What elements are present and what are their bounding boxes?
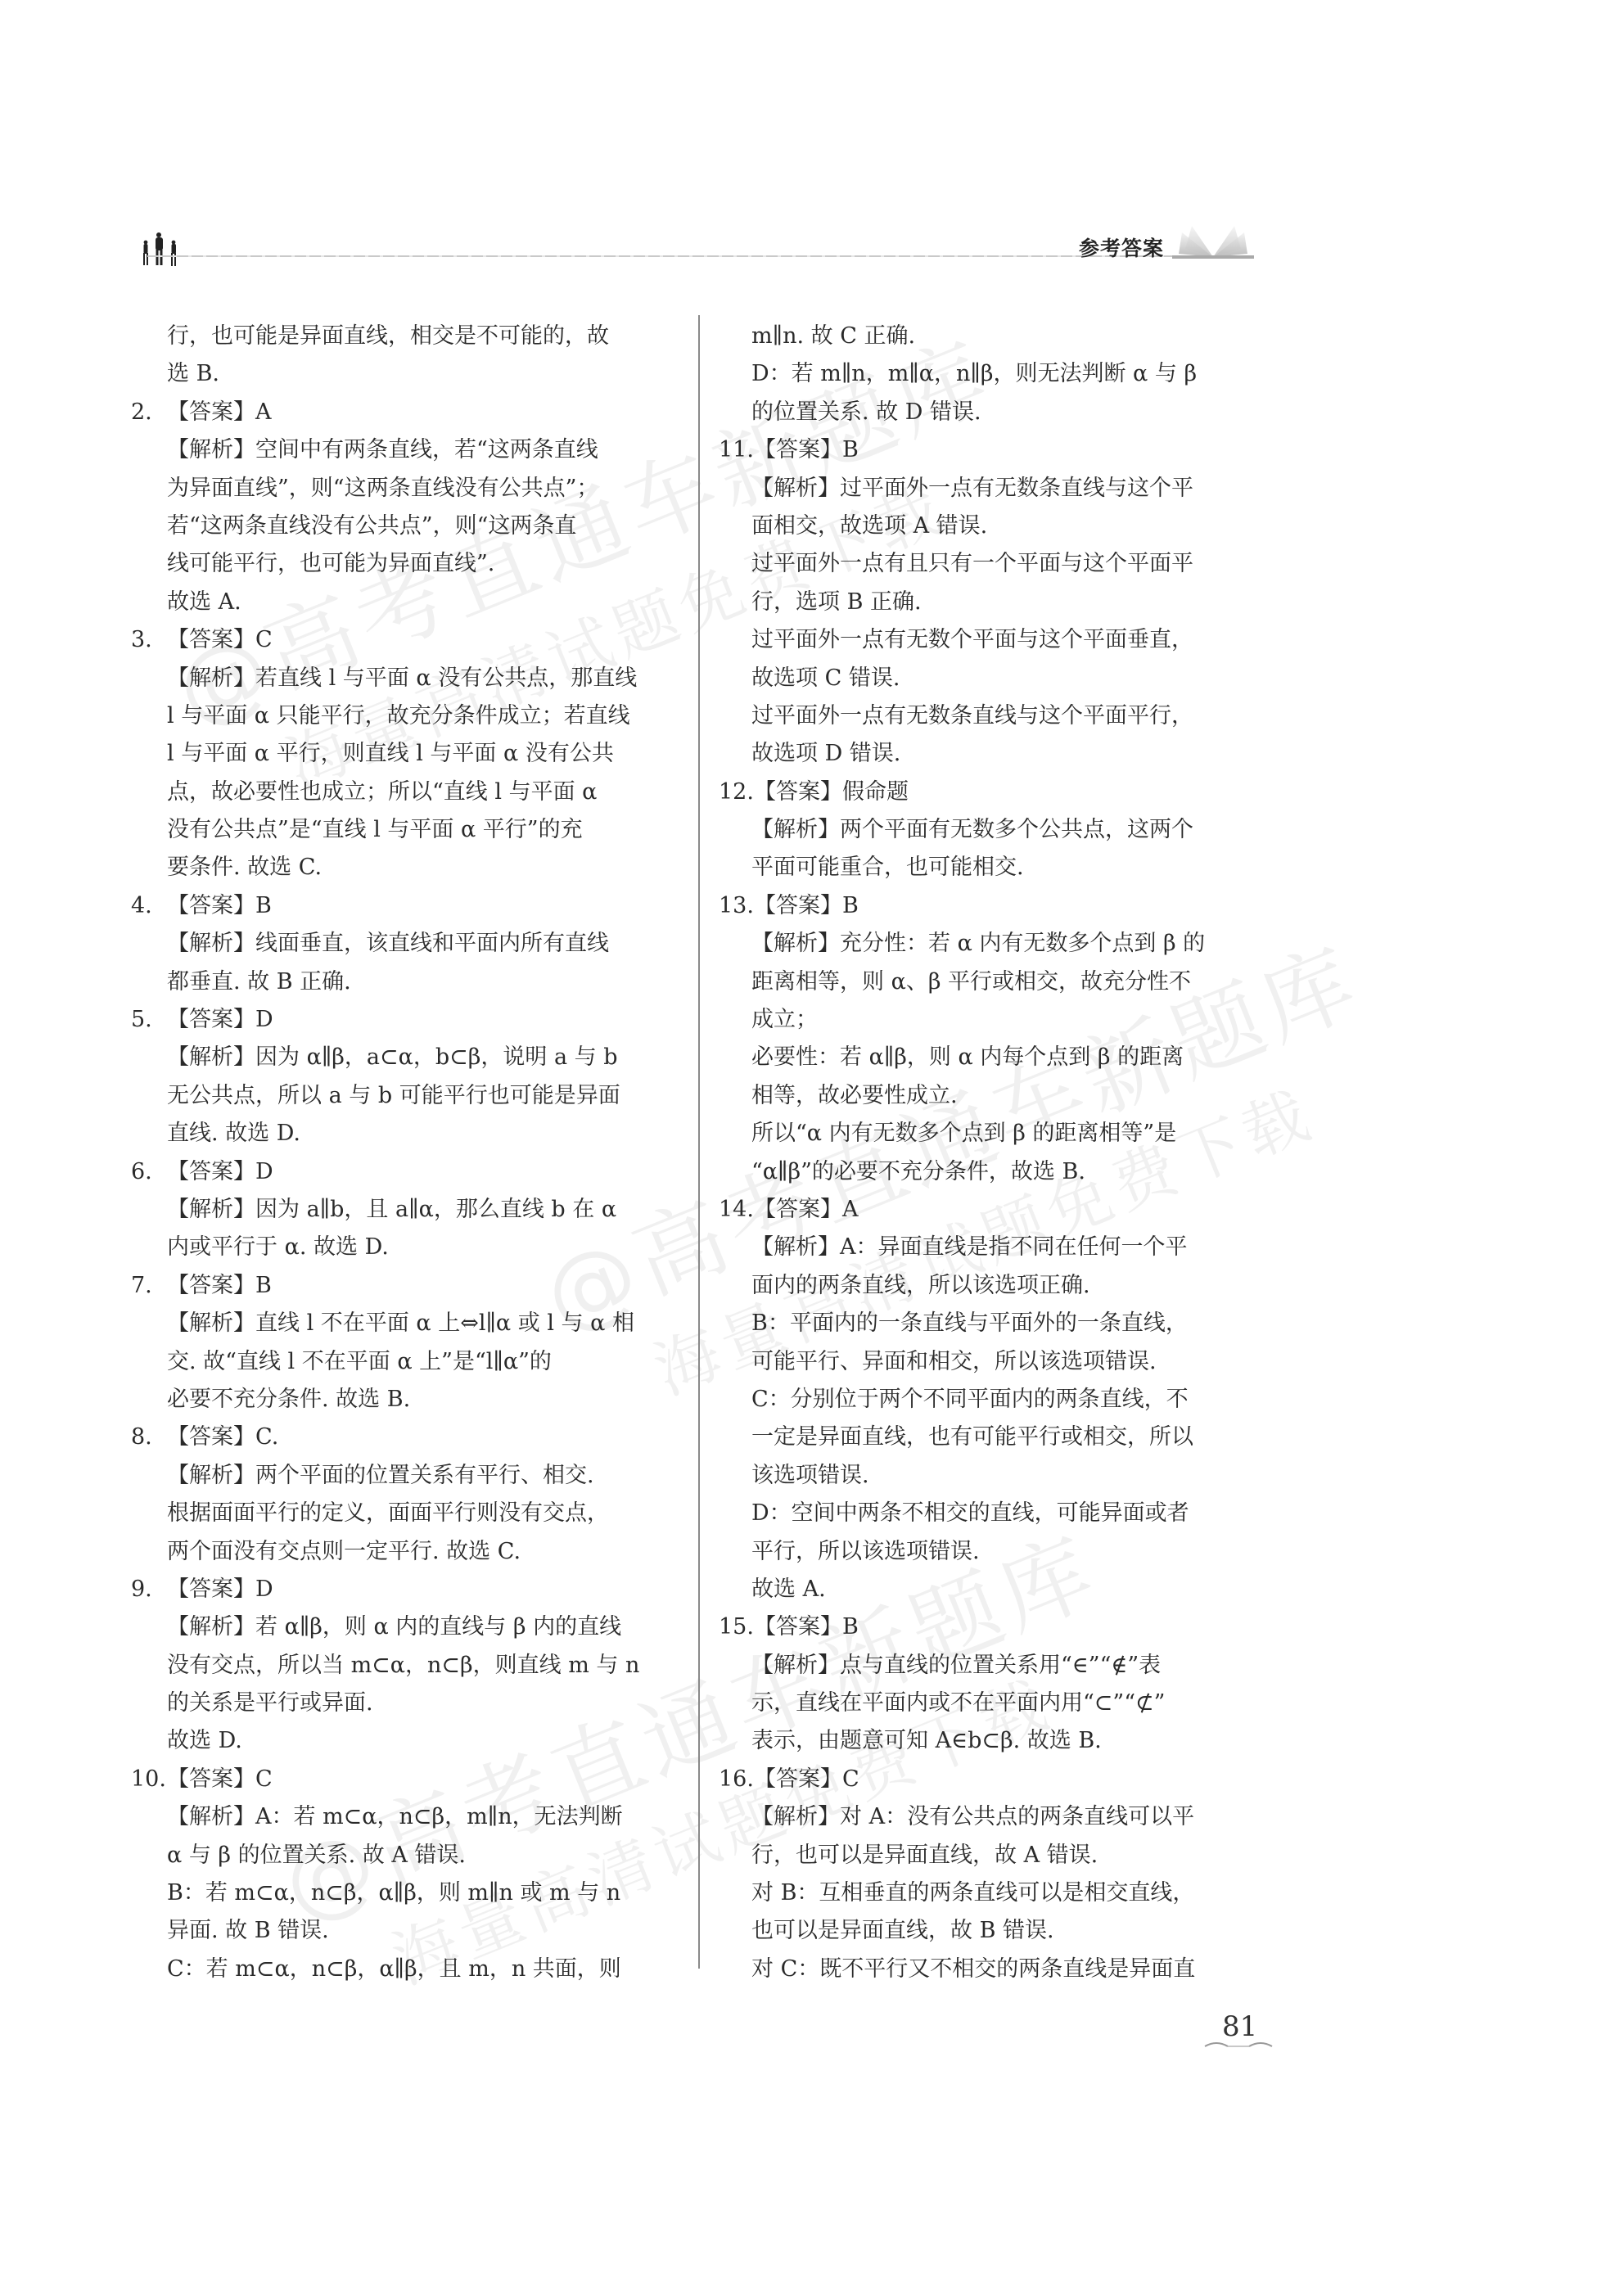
explanation-line: 平行，所以该选项错误. — [719, 1533, 1283, 1571]
question-number: 8. — [131, 1419, 167, 1456]
explanation-line: 的关系是平行或异面. — [131, 1685, 688, 1722]
explanation-line: 线可能平行，也可能为异面直线”. — [131, 545, 688, 583]
explanation-line: 都垂直. 故 B 正确. — [131, 963, 688, 1001]
answer-line: 13.【答案】B — [719, 887, 1283, 925]
answer-line: 12.【答案】假命题 — [719, 774, 1283, 811]
explanation-line: 交. 故“直线 l 不在平面 α 上”是“l∥α”的 — [131, 1343, 688, 1381]
explanation-line: 也可以是异面直线，故 B 错误. — [719, 1912, 1283, 1950]
explanation-line: 对 B：互相垂直的两条直线可以是相交直线， — [719, 1874, 1283, 1912]
answer-line: 16.【答案】C — [719, 1761, 1283, 1798]
answer-text: 【答案】B — [754, 1614, 859, 1640]
right-column: m∥n. 故 C 正确.D：若 m∥n，m∥α，n∥β，则无法判断 α 与 β的… — [719, 318, 1283, 1988]
explanation-line: 【解析】若直线 l 与平面 α 没有公共点，那直线 — [131, 660, 688, 697]
answer-line: 4.【答案】B — [131, 887, 688, 925]
explanation-line: 故选 A. — [131, 584, 688, 621]
question-number: 5. — [131, 1001, 167, 1039]
question-number: 4. — [131, 887, 167, 925]
explanation-line: 行，也可以是异面直线，故 A 错误. — [719, 1837, 1283, 1874]
answer-text: 【答案】C — [167, 1766, 273, 1792]
question-number: 11. — [719, 431, 754, 469]
answer-text: 【答案】B — [754, 437, 859, 462]
answer-line: 15.【答案】B — [719, 1608, 1283, 1646]
explanation-line: 平面可能重合，也可能相交. — [719, 849, 1283, 886]
section-title: 参考答案 — [1079, 232, 1164, 262]
question-number: 7. — [131, 1267, 167, 1305]
explanation-line: 表示，由题意可知 A∈b⊂β. 故选 B. — [719, 1722, 1283, 1760]
explanation-line: 相等，故必要性成立. — [719, 1077, 1283, 1115]
question-number: 6. — [131, 1153, 167, 1191]
explanation-line: 【解析】对 A：没有公共点的两条直线可以平 — [719, 1798, 1283, 1836]
explanation-line: 内或平行于 α. 故选 D. — [131, 1229, 688, 1266]
explanation-line: 没有公共点”是“直线 l 与平面 α 平行”的充 — [131, 811, 688, 849]
answer-text: 【答案】D — [167, 1159, 273, 1184]
answer-text: 【答案】A — [167, 399, 272, 425]
explanation-line: 【解析】A：异面直线是指不同在任何一个平 — [719, 1229, 1283, 1266]
explanation-line: 故选项 C 错误. — [719, 660, 1283, 697]
question-number: 2. — [131, 394, 167, 431]
explanation-line: 无公共点，所以 a 与 b 可能平行也可能是异面 — [131, 1077, 688, 1115]
explanation-line: 点，故必要性也成立；所以“直线 l 与平面 α — [131, 774, 688, 811]
explanation-line: “α∥β”的必要不充分条件，故选 B. — [719, 1153, 1283, 1191]
answer-line: 11.【答案】B — [719, 431, 1283, 469]
explanation-line: 距离相等，则 α、β 平行或相交，故充分性不 — [719, 963, 1283, 1001]
explanation-line: 一定是异面直线，也有可能平行或相交，所以 — [719, 1419, 1283, 1456]
open-book-icon — [1172, 221, 1254, 264]
answer-text: 【答案】假命题 — [754, 779, 909, 805]
explanation-line: 【解析】因为 α∥β，a⊂α，b⊂β，说明 a 与 b — [131, 1039, 688, 1076]
answer-line: 14.【答案】A — [719, 1191, 1283, 1229]
explanation-line: B：若 m⊂α，n⊂β，α∥β，则 m∥n 或 m 与 n — [131, 1874, 688, 1912]
explanation-line: 【解析】两个平面有无数多个公共点，这两个 — [719, 811, 1283, 849]
explanation-line: l 与平面 α 平行，则直线 l 与平面 α 没有公共 — [131, 735, 688, 773]
explanation-line: l 与平面 α 只能平行，故充分条件成立；若直线 — [131, 697, 688, 735]
explanation-line: 选 B. — [131, 355, 688, 393]
explanation-line: 必要性：若 α∥β，则 α 内每个点到 β 的距离 — [719, 1039, 1283, 1076]
question-number: 13. — [719, 887, 754, 925]
explanation-line: 该选项错误. — [719, 1457, 1283, 1495]
answer-text: 【答案】C. — [167, 1424, 278, 1450]
explanation-line: 要条件. 故选 C. — [131, 849, 688, 886]
explanation-line: 故选项 D 错误. — [719, 735, 1283, 773]
question-number: 10. — [131, 1761, 167, 1798]
answer-line: 3.【答案】C — [131, 621, 688, 659]
explanation-line: 【解析】充分性：若 α 内有无数多个点到 β 的 — [719, 925, 1283, 963]
explanation-line: C：分别位于两个不同平面内的两条直线，不 — [719, 1381, 1283, 1419]
explanation-line: 示，直线在平面内或不在平面内用“⊂”“⊄” — [719, 1685, 1283, 1722]
explanation-line: D：若 m∥n，m∥α，n∥β，则无法判断 α 与 β — [719, 355, 1283, 393]
explanation-line: 过平面外一点有且只有一个平面与这个平面平 — [719, 545, 1283, 583]
explanation-line: 异面. 故 B 错误. — [131, 1912, 688, 1950]
explanation-line: 【解析】过平面外一点有无数条直线与这个平 — [719, 470, 1283, 507]
answer-text: 【答案】D — [167, 1007, 273, 1032]
explanation-line: 【解析】两个平面的位置关系有平行、相交. — [131, 1457, 688, 1495]
explanation-line: 过平面外一点有无数条直线与这个平面平行， — [719, 697, 1283, 735]
explanation-line: 若“这两条直线没有公共点”，则“这两条直 — [131, 507, 688, 545]
answer-text: 【答案】A — [754, 1197, 859, 1222]
answer-text: 【答案】B — [167, 1273, 272, 1298]
explanation-line: 行，也可能是异面直线，相交是不可能的，故 — [131, 318, 688, 355]
answer-line: 9.【答案】D — [131, 1571, 688, 1608]
explanation-line: 故选 D. — [131, 1722, 688, 1760]
explanation-line: 行，选项 B 正确. — [719, 584, 1283, 621]
answer-text: 【答案】D — [167, 1577, 273, 1602]
explanation-line: 可能平行、异面和相交，所以该选项错误. — [719, 1343, 1283, 1381]
explanation-line: 【解析】空间中有两条直线，若“这两条直线 — [131, 431, 688, 469]
explanation-line: C：若 m⊂α，n⊂β，α∥β，且 m，n 共面，则 — [131, 1951, 688, 1988]
explanation-line: 所以“α 内有无数多个点到 β 的距离相等”是 — [719, 1115, 1283, 1153]
column-divider — [698, 315, 700, 1969]
explanation-line: 直线. 故选 D. — [131, 1115, 688, 1153]
explanation-line: m∥n. 故 C 正确. — [719, 318, 1283, 355]
explanation-line: 【解析】A：若 m⊂α，n⊂β，m∥n，无法判断 — [131, 1798, 688, 1836]
explanation-line: 成立； — [719, 1001, 1283, 1039]
explanation-line: 根据面面平行的定义，面面平行则没有交点， — [131, 1495, 688, 1532]
explanation-line: 面相交，故选项 A 错误. — [719, 507, 1283, 545]
question-number: 3. — [131, 621, 167, 659]
answer-line: 5.【答案】D — [131, 1001, 688, 1039]
answer-line: 7.【答案】B — [131, 1267, 688, 1305]
explanation-line: 没有交点，所以当 m⊂α，n⊂β，则直线 m 与 n — [131, 1647, 688, 1685]
explanation-line: B：平面内的一条直线与平面外的一条直线， — [719, 1305, 1283, 1342]
answer-text: 【答案】C — [167, 627, 273, 652]
question-number: 15. — [719, 1608, 754, 1646]
answer-line: 10.【答案】C — [131, 1761, 688, 1798]
explanation-line: 【解析】点与直线的位置关系用“∈”“∉”表 — [719, 1647, 1283, 1685]
explanation-line: 【解析】线面垂直，该直线和平面内所有直线 — [131, 925, 688, 963]
runners-icon — [138, 232, 188, 268]
explanation-line: 【解析】若 α∥β，则 α 内的直线与 β 内的直线 — [131, 1608, 688, 1646]
question-number: 16. — [719, 1761, 754, 1798]
explanation-line: 必要不充分条件. 故选 B. — [131, 1381, 688, 1419]
answer-line: 8.【答案】C. — [131, 1419, 688, 1456]
answer-text: 【答案】B — [167, 893, 272, 918]
question-number: 9. — [131, 1571, 167, 1608]
answer-line: 6.【答案】D — [131, 1153, 688, 1191]
page-ornament-icon — [1202, 2038, 1275, 2051]
explanation-line: 【解析】直线 l 不在平面 α 上⇔l∥α 或 l 与 α 相 — [131, 1305, 688, 1342]
explanation-line: 两个面没有交点则一定平行. 故选 C. — [131, 1533, 688, 1571]
explanation-line: 面内的两条直线，所以该选项正确. — [719, 1267, 1283, 1305]
explanation-line: 对 C：既不平行又不相交的两条直线是异面直 — [719, 1951, 1283, 1988]
explanation-line: α 与 β 的位置关系. 故 A 错误. — [131, 1837, 688, 1874]
explanation-line: D：空间中两条不相交的直线，可能异面或者 — [719, 1495, 1283, 1532]
question-number: 14. — [719, 1191, 754, 1229]
answer-line: 2.【答案】A — [131, 394, 688, 431]
explanation-line: 过平面外一点有无数个平面与这个平面垂直， — [719, 621, 1283, 659]
answer-text: 【答案】C — [754, 1766, 859, 1792]
explanation-line: 为异面直线”，则“这两条直线没有公共点”； — [131, 470, 688, 507]
explanation-line: 故选 A. — [719, 1571, 1283, 1608]
question-number: 12. — [719, 774, 754, 811]
explanation-line: 的位置关系. 故 D 错误. — [719, 394, 1283, 431]
answer-text: 【答案】B — [754, 893, 859, 918]
explanation-line: 【解析】因为 a∥b，且 a∥α，那么直线 b 在 α — [131, 1191, 688, 1229]
left-column: 行，也可能是异面直线，相交是不可能的，故选 B.2.【答案】A【解析】空间中有两… — [131, 318, 688, 1988]
